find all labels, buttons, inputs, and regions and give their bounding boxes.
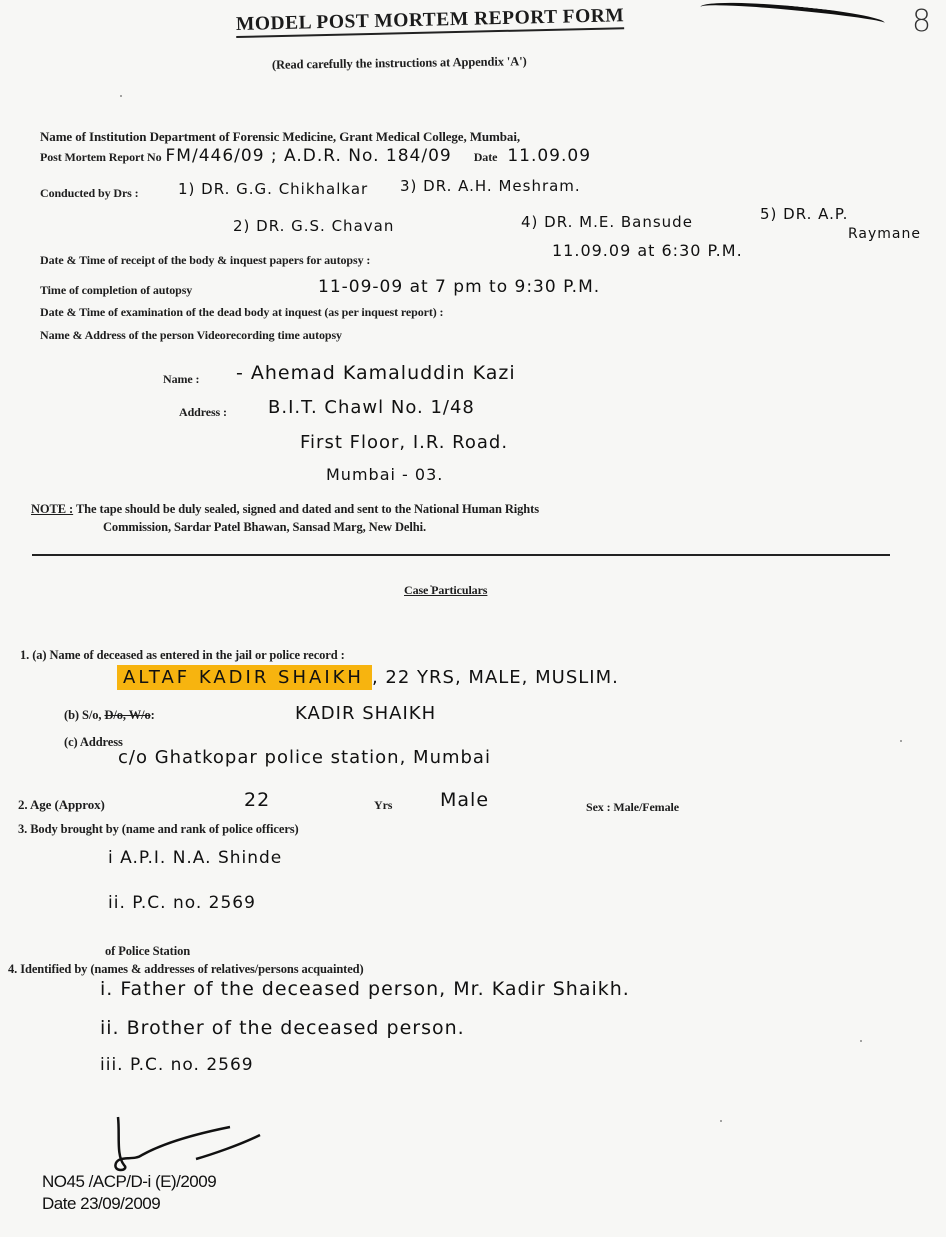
identifier-3: iii. P.C. no. 2569: [100, 1055, 254, 1075]
videographer-address-line-2: First Floor, I.R. Road.: [300, 432, 508, 453]
officer-1: i A.P.I. N.A. Shinde: [108, 848, 282, 868]
videographer-name-value: - Ahemad Kamaluddin Kazi: [236, 362, 516, 384]
doctor-5: 5) DR. A.P.: [760, 205, 848, 223]
completion-value: 11-09-09 at 7 pm to 9:30 P.M.: [318, 277, 600, 297]
identifier-1: i. Father of the deceased person, Mr. Ka…: [100, 978, 630, 1000]
videographer-label: Name & Address of the person Videorecord…: [40, 328, 342, 343]
receipt-label: Date & Time of receipt of the body & inq…: [40, 253, 370, 268]
report-no-label: Post Mortem Report No: [40, 150, 162, 164]
doctor-5-surname: Raymane: [848, 226, 921, 242]
videographer-name-label: Name :: [163, 372, 199, 387]
signature-icon: [110, 1115, 270, 1175]
speckle: [120, 95, 122, 97]
doctor-2: 2) DR. G.S. Chavan: [233, 217, 394, 235]
inquest-exam-label: Date & Time of examination of the dead b…: [40, 305, 443, 320]
report-no-row: Post Mortem Report No FM/446/09 ; A.D.R.…: [40, 146, 591, 166]
form-title: MODEL POST MORTEM REPORT FORM: [236, 5, 625, 38]
case-particulars-heading: Case Particulars: [404, 583, 487, 598]
item4-label: 4. Identified by (names & addresses of r…: [8, 962, 364, 977]
section-divider: [32, 554, 890, 556]
videographer-address-line-1: B.I.T. Chawl No. 1/48: [268, 397, 475, 418]
age-value: 22: [244, 789, 270, 811]
receipt-value: 11.09.09 at 6:30 P.M.: [552, 241, 743, 260]
speckle: [900, 740, 902, 742]
page-number: 8: [912, 4, 931, 39]
post-mortem-report-page: 8 MODEL POST MORTEM REPORT FORM (Read ca…: [0, 0, 946, 1237]
videographer-address-line-3: Mumbai - 03.: [326, 465, 443, 484]
note-line-1: NOTE : The tape should be duly sealed, s…: [31, 502, 539, 517]
stamp-date: Date 23/09/2009: [42, 1194, 160, 1214]
item2-label: 2. Age (Approx): [18, 797, 105, 813]
item1c-label: (c) Address: [64, 735, 123, 750]
sex-label: Sex : Male/Female: [586, 800, 679, 815]
speckle: [720, 1120, 722, 1122]
completion-label: Time of completion of autopsy: [40, 283, 192, 298]
report-date-label: Date: [474, 150, 498, 164]
note-text-1: The tape should be duly sealed, signed a…: [76, 502, 539, 516]
deceased-details: , 22 YRS, MALE, MUSLIM.: [372, 667, 619, 688]
item1b-label-colon: :: [151, 708, 155, 722]
deceased-address-value: c/o Ghatkopar police station, Mumbai: [118, 747, 491, 768]
identifier-2: ii. Brother of the deceased person.: [100, 1017, 465, 1039]
institution-row: Name of Institution Department of Forens…: [40, 129, 520, 145]
doctor-4: 4) DR. M.E. Bansude: [521, 213, 693, 231]
police-station-label: of Police Station: [105, 944, 190, 959]
institution-label: Name of Institution: [40, 129, 146, 144]
officer-2: ii. P.C. no. 2569: [108, 893, 256, 913]
institution-value: Department of Forensic Medicine, Grant M…: [150, 129, 520, 144]
item3-label: 3. Body brought by (name and rank of pol…: [18, 822, 299, 837]
doctor-1: 1) DR. G.G. Chikhalkar: [178, 180, 368, 198]
note-line-2: Commission, Sardar Patel Bhawan, Sansad …: [103, 520, 426, 535]
conducted-by-label: Conducted by Drs :: [40, 186, 139, 201]
doctor-3: 3) DR. A.H. Meshram.: [400, 177, 581, 195]
report-date-value: 11.09.09: [507, 146, 591, 166]
deceased-name-highlighted: ALTAF KADIR SHAIKH: [117, 665, 372, 690]
pen-stroke-mark: [700, 0, 886, 34]
item1b-label-so: (b) S/o,: [64, 708, 101, 722]
yrs-label: Yrs: [374, 798, 392, 813]
note-label: NOTE :: [31, 502, 73, 516]
speckle: [860, 1040, 862, 1042]
sex-value: Male: [440, 789, 489, 811]
deceased-name-row: ALTAF KADIR SHAIKH, 22 YRS, MALE, MUSLIM…: [117, 667, 619, 688]
stamp-reference: NO45 /ACP/D-i (E)/2009: [42, 1172, 216, 1192]
father-name-value: KADIR SHAIKH: [295, 703, 436, 724]
speckle: [560, 990, 562, 992]
form-subtitle: (Read carefully the instructions at Appe…: [272, 54, 527, 73]
speckle: [430, 585, 432, 587]
report-no-value: FM/446/09 ; A.D.R. No. 184/09: [166, 146, 452, 166]
item1b-label-struck: D/o, W/o: [104, 708, 150, 722]
item1b-label: (b) S/o, D/o, W/o:: [64, 708, 155, 723]
videographer-address-label: Address :: [179, 405, 227, 420]
item1-label: 1. (a) Name of deceased as entered in th…: [20, 648, 345, 663]
